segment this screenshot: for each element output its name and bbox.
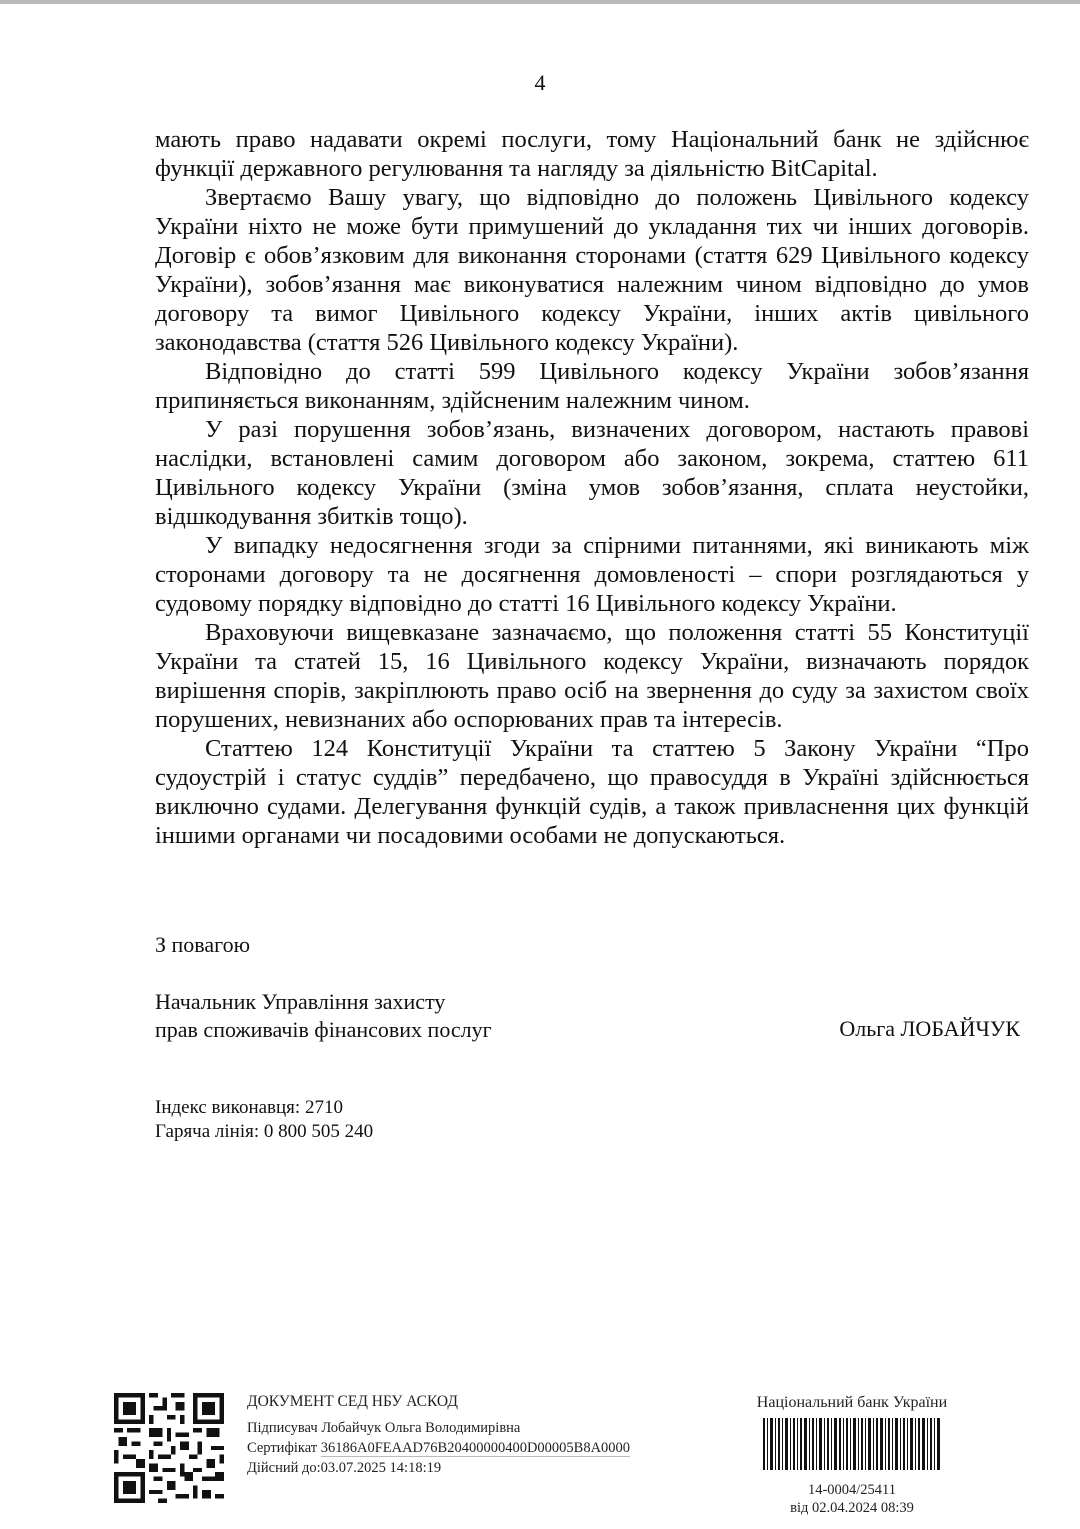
paragraph: У разі порушення зобов’язань, визначених… xyxy=(155,415,1029,531)
page-number: 4 xyxy=(0,70,1080,96)
registration-stamp: Національний банк України 14-0004/25411 … xyxy=(740,1394,964,1517)
esign-valid-until: Дійсний до:03.07.2025 14:18:19 xyxy=(247,1458,630,1478)
paragraph: Звертаємо Вашу увагу, що відповідно до п… xyxy=(155,183,1029,357)
signatory-title-line: Начальник Управління захисту xyxy=(155,988,492,1016)
paragraph: Враховуючи вищевказане зазначаємо, що по… xyxy=(155,618,1029,734)
esign-signer: Підписувач Лобайчук Ольга Володимирівна xyxy=(247,1418,630,1438)
letter-body: мають право надавати окремі послуги, том… xyxy=(155,125,1029,850)
paragraph: мають право надавати окремі послуги, том… xyxy=(155,125,1029,183)
paragraph: Відповідно до статті 599 Цивільного коде… xyxy=(155,357,1029,415)
registration-number: 14-0004/25411 xyxy=(740,1481,964,1499)
esign-header: ДОКУМЕНТ СЕД НБУ АСКОД xyxy=(247,1392,630,1412)
signatory-title: Начальник Управління захисту прав спожив… xyxy=(155,988,492,1044)
paragraph: Статтею 124 Конституції України та статт… xyxy=(155,734,1029,850)
esign-certificate: Сертифікат 36186A0FEAAD76B20400000400D00… xyxy=(247,1438,630,1458)
hotline: Гаряча лінія: 0 800 505 240 xyxy=(155,1120,373,1144)
electronic-signature-block: ДОКУМЕНТ СЕД НБУ АСКОД Підписувач Лобайч… xyxy=(247,1392,630,1478)
signatory-name: Ольга ЛОБАЙЧУК xyxy=(839,1016,1020,1042)
paragraph: У випадку недосягнення згоди за спірними… xyxy=(155,531,1029,618)
certificate-number: 36186A0FEAAD76B20400000400D00005B8A0000 xyxy=(321,1440,630,1457)
signatory-title-line: прав споживачів фінансових послуг xyxy=(155,1016,492,1044)
qr-code-icon xyxy=(114,1392,224,1504)
top-edge-bar xyxy=(0,0,1080,4)
stamp-organization: Національний банк України xyxy=(740,1394,964,1412)
closing-salutation: З повагою xyxy=(155,932,250,958)
signer-name: Лобайчук Ольга Володимирівна xyxy=(321,1420,520,1436)
registration-date: від 02.04.2024 08:39 xyxy=(740,1499,964,1517)
executor-index: Індекс виконавця: 2710 xyxy=(155,1096,373,1120)
barcode-icon xyxy=(763,1418,941,1470)
contact-info: Індекс виконавця: 2710 Гаряча лінія: 0 8… xyxy=(155,1096,373,1144)
